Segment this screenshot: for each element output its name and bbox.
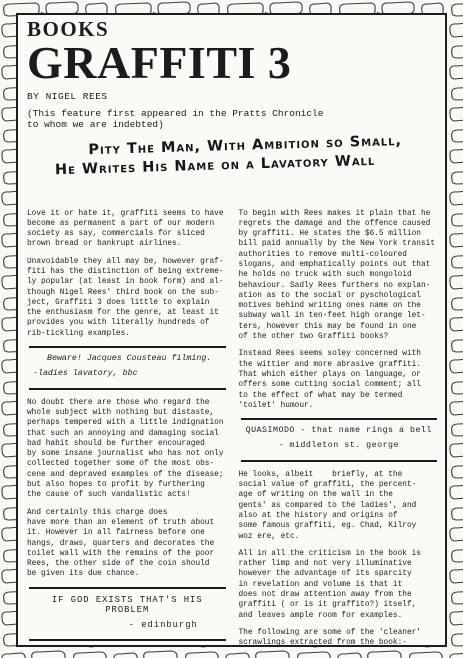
- left-paragraph-2: Unavoidable they all may be, however gra…: [27, 257, 228, 339]
- right-paragraph-1: To begin with Rees makes it plain that h…: [239, 209, 440, 343]
- pull-quote-text: QUASIMODO - that name rings a bell: [241, 426, 438, 436]
- article-title: GRAFFITI 3: [27, 42, 439, 84]
- left-paragraph-3: No doubt there are those who regard the …: [27, 398, 228, 501]
- right-paragraph-2: Instead Rees seems soley concerned with …: [239, 349, 440, 411]
- article-columns: Love it or hate it, graffiti seems to ha…: [27, 209, 439, 648]
- pull-quote-attribution: - edinburgh: [29, 620, 226, 630]
- pull-quote-attribution: -ladies lavatory, bbc: [33, 369, 226, 379]
- left-paragraph-4: And certainly this charge does have more…: [27, 508, 228, 580]
- scanned-article-page: BOOKS GRAFFITI 3 BY NIGEL REES (This fea…: [0, 0, 463, 658]
- pull-quote-text: Beware! Jacques Cousteau filming.: [47, 354, 226, 364]
- handwritten-graffiti: Pity The Man, With Ambition so Small, He…: [26, 131, 440, 201]
- pull-quote-cousteau: Beware! Jacques Cousteau filming. -ladie…: [29, 346, 226, 390]
- left-paragraph-1: Love it or hate it, graffiti seems to ha…: [27, 209, 228, 250]
- pull-quote-quasimodo: QUASIMODO - that name rings a bell - mid…: [241, 418, 438, 462]
- pull-quote-god-exists: IF GOD EXISTS THAT'S HIS PROBLEM - edinb…: [29, 587, 226, 641]
- right-paragraph-4: All in all the criticism in the book is …: [239, 549, 440, 621]
- right-paragraph-3: He looks, albeit briefly, at the social …: [239, 470, 440, 542]
- right-paragraph-5: The following are some of the 'cleaner' …: [239, 628, 440, 647]
- pull-quote-attribution: - middleton st. george: [241, 441, 438, 451]
- right-column: To begin with Rees makes it plain that h…: [239, 209, 440, 648]
- article-content-box: BOOKS GRAFFITI 3 BY NIGEL REES (This fea…: [16, 13, 447, 647]
- pull-quote-text: IF GOD EXISTS THAT'S HIS PROBLEM: [29, 595, 226, 616]
- credit-note: (This feature first appeared in the Prat…: [27, 109, 439, 130]
- article-byline: BY NIGEL REES: [27, 91, 439, 102]
- left-column: Love it or hate it, graffiti seems to ha…: [27, 209, 228, 648]
